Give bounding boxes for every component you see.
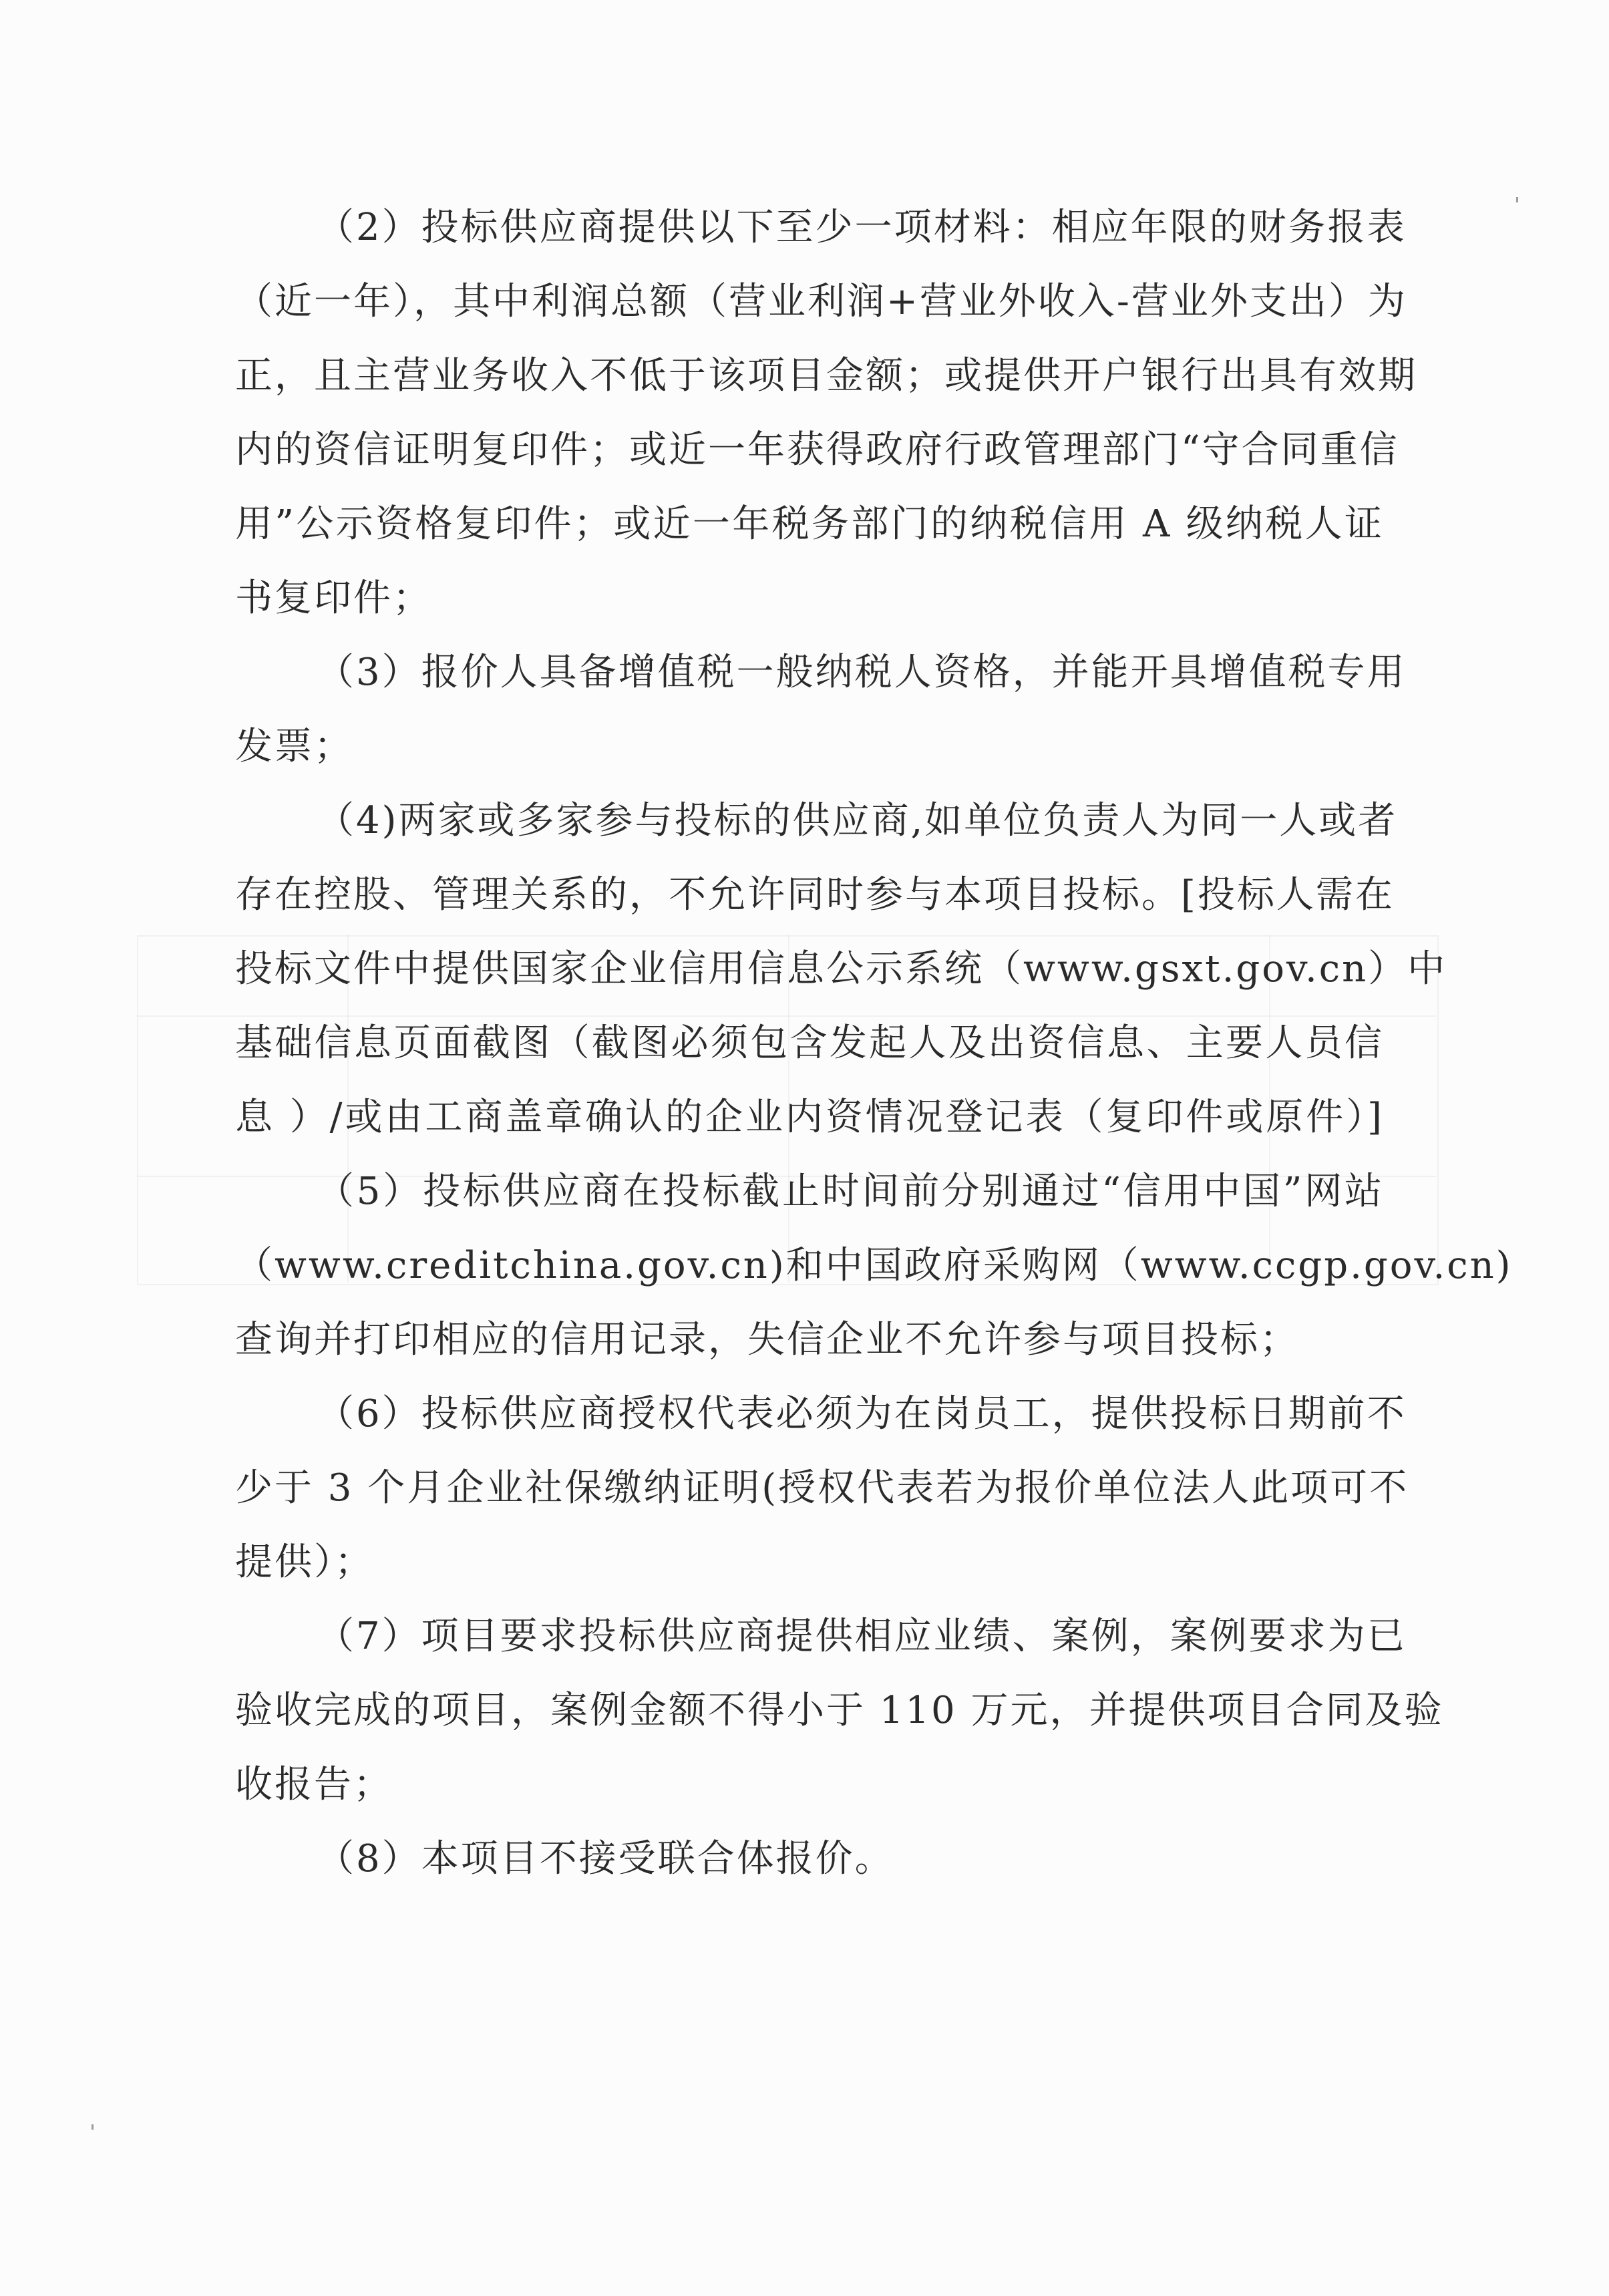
text-line: （2）投标供应商提供以下至少一项材料：相应年限的财务报表 [235, 190, 1384, 265]
text-line: 少于 3 个月企业社保缴纳证明(授权代表若为报价单位法人此项可不 [235, 1451, 1384, 1525]
text-line: 发票； [235, 709, 1384, 784]
text-line: （6）投标供应商授权代表必须为在岗员工，提供投标日期前不 [235, 1377, 1384, 1451]
requirement-item-6: （6）投标供应商授权代表必须为在岗员工，提供投标日期前不 少于 3 个月企业社保… [235, 1377, 1384, 1599]
text-line: （www.creditchina.gov.cn)和中国政府采购网（www.ccg… [235, 1228, 1384, 1303]
requirement-item-7: （7）项目要求投标供应商提供相应业绩、案例，案例要求为已 验收完成的项目，案例金… [235, 1599, 1384, 1822]
document-body: （2）投标供应商提供以下至少一项材料：相应年限的财务报表 （近一年），其中利润总… [235, 190, 1384, 1896]
requirement-item-4: （4)两家或多家参与投标的供应商,如单位负责人为同一人或者 存在控股、管理关系的… [235, 784, 1384, 1154]
scan-speck [92, 2124, 94, 2130]
text-line: （近一年），其中利润总额（营业利润+营业外收入-营业外支出）为 [235, 265, 1384, 339]
text-line: 内的资信证明复印件；或近一年获得政府行政管理部门“守合同重信 [235, 413, 1384, 487]
requirement-item-8: （8）本项目不接受联合体报价。 [235, 1822, 1384, 1896]
text-line: 存在控股、管理关系的，不允许同时参与本项目投标。[投标人需在 [235, 858, 1384, 932]
text-line: 收报告； [235, 1748, 1384, 1822]
text-line: （8）本项目不接受联合体报价。 [235, 1822, 1384, 1896]
text-line: （4)两家或多家参与投标的供应商,如单位负责人为同一人或者 [235, 784, 1384, 858]
text-line: 正，且主营业务收入不低于该项目金额；或提供开户银行出具有效期 [235, 339, 1384, 413]
text-line: 提供）； [235, 1525, 1384, 1599]
text-line: 投标文件中提供国家企业信用信息公示系统（www.gsxt.gov.cn）中 [235, 932, 1384, 1006]
text-line: 用”公示资格复印件；或近一年税务部门的纳税信用 A 级纳税人证 [235, 487, 1384, 561]
text-line: （5）投标供应商在投标截止时间前分别通过“信用中国”网站 [235, 1154, 1384, 1228]
text-line: 息 ）/或由工商盖章确认的企业内资情况登记表（复印件或原件）] [235, 1080, 1384, 1154]
requirement-item-5: （5）投标供应商在投标截止时间前分别通过“信用中国”网站 （www.credit… [235, 1154, 1384, 1377]
requirement-item-2: （2）投标供应商提供以下至少一项材料：相应年限的财务报表 （近一年），其中利润总… [235, 190, 1384, 635]
requirement-item-3: （3）报价人具备增值税一般纳税人资格，并能开具增值税专用 发票； [235, 635, 1384, 784]
text-line: 验收完成的项目，案例金额不得小于 110 万元，并提供项目合同及验 [235, 1673, 1384, 1748]
scanned-page: （2）投标供应商提供以下至少一项材料：相应年限的财务报表 （近一年），其中利润总… [0, 0, 1609, 2296]
text-line: 查询并打印相应的信用记录，失信企业不允许参与项目投标； [235, 1303, 1384, 1377]
text-line: 基础信息页面截图（截图必须包含发起人及出资信息、主要人员信 [235, 1006, 1384, 1080]
text-line: （3）报价人具备增值税一般纳税人资格，并能开具增值税专用 [235, 635, 1384, 709]
scan-speck [1516, 197, 1518, 202]
text-line: （7）项目要求投标供应商提供相应业绩、案例，案例要求为已 [235, 1599, 1384, 1673]
text-line: 书复印件； [235, 561, 1384, 635]
